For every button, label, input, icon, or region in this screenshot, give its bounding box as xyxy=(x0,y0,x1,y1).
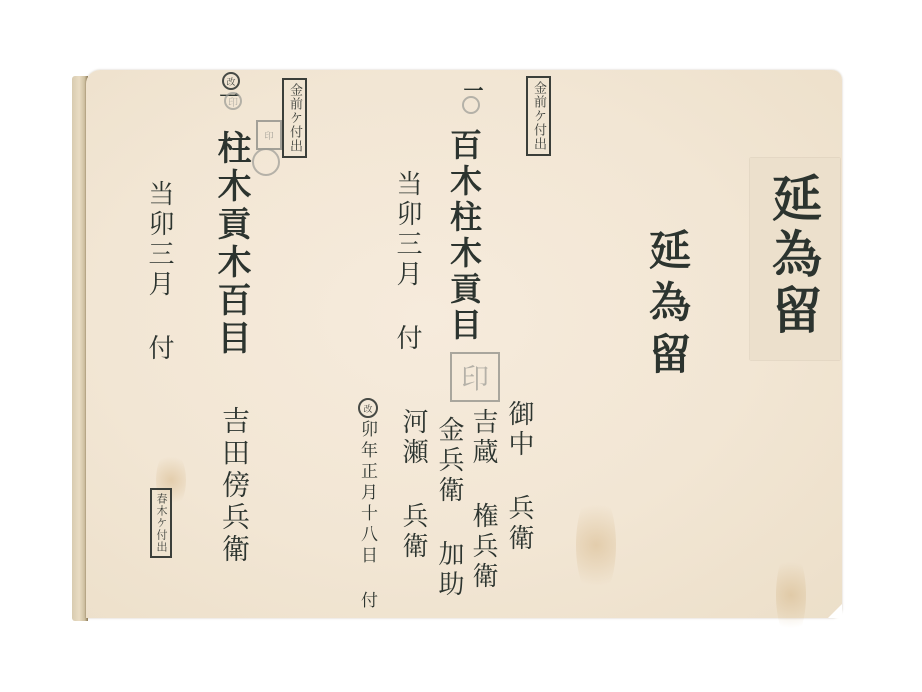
small-round-seal: 印 xyxy=(224,92,242,110)
name-line: 河瀬 兵衛 xyxy=(400,408,426,562)
name-line: 金兵衛 加助 xyxy=(436,416,462,600)
entry-signature: 吉田傍兵衛 xyxy=(220,406,248,566)
foxing-stain xyxy=(576,490,616,600)
foxing-stain xyxy=(776,550,806,640)
document-scan: 改 一 印 印 金前ケ付出 柱木貢木百目 当卯三月 付 吉田傍兵衛 春木ケ付出 … xyxy=(72,70,842,620)
stamp-box-bottom: 春木ケ付出 xyxy=(150,488,172,558)
round-seal xyxy=(252,148,280,176)
entry-main-text: 百木柱木貢目 xyxy=(448,128,480,344)
circle-stamp: 改 xyxy=(358,398,378,418)
entry-main-text: 柱木貢木百目 xyxy=(214,130,248,358)
faded-square-seal: 印 xyxy=(450,352,500,402)
document-page: 改 一 印 印 金前ケ付出 柱木貢木百目 当卯三月 付 吉田傍兵衛 春木ケ付出 … xyxy=(86,70,842,618)
label-slip-title: 延為留 xyxy=(768,172,818,340)
name-line: 御中 兵衛 xyxy=(506,400,532,554)
title-label-slip: 延為留 xyxy=(750,158,840,360)
stamp-box-top: 金前ケ付出 xyxy=(282,78,307,158)
document-title: 延為留 xyxy=(646,228,688,384)
entry-date-line-2: 卯年正月十八日 付 xyxy=(358,420,375,612)
name-line: 吉蔵 権兵衛 xyxy=(470,408,496,592)
entry-date: 当卯三月 付 xyxy=(146,180,172,364)
stamp-box-top: 金前ケ付出 xyxy=(526,76,551,156)
entry-date: 当卯三月 付 xyxy=(394,170,420,354)
small-round-seal xyxy=(462,96,480,114)
square-seal: 印 xyxy=(256,120,282,150)
